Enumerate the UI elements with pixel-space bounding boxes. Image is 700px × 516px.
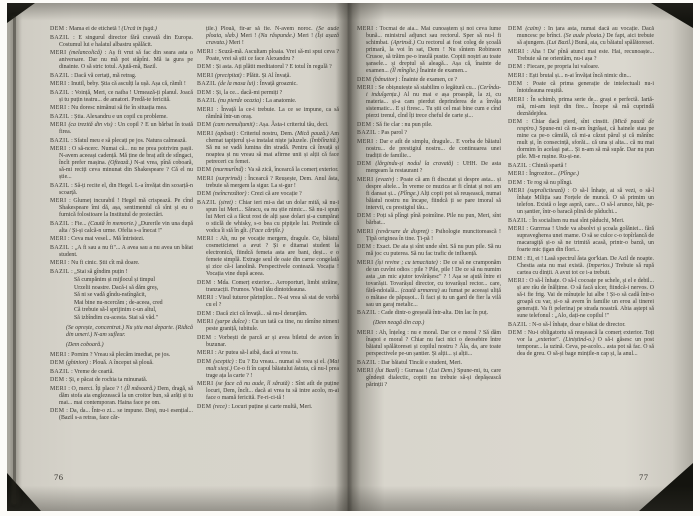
speaker-name: DEM — [197, 359, 211, 365]
speaker-name: DEM — [197, 335, 211, 341]
speaker-name: MERI — [197, 295, 214, 301]
dialogue-line: MERI : Îngrozitor... (Plînge.) — [508, 171, 654, 178]
speaker-name: MERI — [357, 229, 374, 235]
dialogue-line: MERI (lui Bazil) : Gurraaa ! (Lui Dem.) … — [357, 368, 501, 389]
speaker-name: BAZIL — [357, 360, 377, 366]
dialogue-line: DEM : Chiar dacă pierd, sînt cinstit. (M… — [508, 119, 654, 161]
dialogue-line: MERI : Dar e atît de simplu, dragule... … — [357, 139, 501, 160]
speaker-name: DEM — [197, 311, 211, 317]
dialogue-line: MERI : Ești brutal și... n-ai învățat în… — [508, 73, 654, 80]
speaker-name: DEM — [197, 404, 211, 410]
dialogue-line: BAZIL (șiret) : Chiar ieri mi-a dat un d… — [197, 200, 339, 235]
speaker-name: BAZIL — [50, 114, 70, 120]
speaker-name: MERI — [508, 226, 525, 232]
right-page-column-1: MERI : Tocmai de aia... Mai cunoaștem și… — [357, 26, 501, 470]
speaker-name: MERI — [197, 49, 214, 55]
dialogue-line: BAZIL (de la masa lui) : Învață groaznic… — [197, 81, 339, 88]
dialogue-line: DEM : Nu-i obligatoriu să reușească la c… — [508, 330, 654, 358]
book-scan: DEM : Mama ei de etichetă ! (Urcă în fug… — [0, 0, 700, 516]
dialogue-line: MERI : Ceva mai vesel... Mă întristezi. — [50, 236, 193, 243]
stage-direction: (Dem neagă din cap.) — [357, 320, 501, 327]
dialogue-line: MERI : Învață la ce-i trebuie. La ce se … — [197, 107, 339, 121]
dialogue-line: DEM (neîncrezător) : Crezi că are vocați… — [197, 191, 339, 198]
speaker-name: BAZIL — [50, 35, 70, 41]
speaker-name: BAZIL — [50, 245, 70, 251]
speaker-name: BAZIL — [357, 310, 377, 316]
dialogue-line: DEM : Și, la ce... dacă-mi permiți ? — [197, 90, 339, 97]
scanner-corner-artifact — [639, 463, 693, 511]
speaker-name: MERI — [50, 198, 67, 204]
speaker-name: MERI — [197, 107, 214, 113]
speaker-name: MERI — [197, 73, 214, 79]
speaker-name: BAZIL — [50, 183, 70, 189]
dialogue-line: BAZIL (nu pierde ocazia) : La anatomie. — [197, 98, 339, 105]
dialogue-line: DEM (murmurînd) : Va să zică, încearcă l… — [197, 167, 339, 174]
speaker-name: DEM — [508, 26, 522, 32]
speaker-name: BAZIL — [50, 221, 70, 227]
speaker-name: DEM — [357, 122, 371, 128]
verse-line: Să ni se vadă gîndu-nstîngăcit, — [50, 292, 193, 299]
dialogue-line: MERI (surprinsă) : Încearcă ? Reușește, … — [197, 176, 339, 190]
dialogue-line: DEM (calm) : În țara asta, numai dacă au… — [508, 26, 654, 47]
scanner-corner-artifact — [7, 3, 35, 23]
speaker-name: MERI — [197, 319, 214, 325]
dialogue-line: DEM : Să fie clar : nu pun pile. — [357, 122, 501, 129]
speaker-name: DEM — [50, 360, 64, 366]
verse-line: Mai bine nu-ncercăm ; de-aceea, cred — [50, 300, 193, 307]
dialogue-line: BAZIL : N-o să-l înhațe, doar e băiat de… — [508, 322, 654, 329]
verse-line: Să izbîndim cu-acesta. Stai să văd." — [50, 315, 193, 322]
dialogue-line: DEM : Și, e păcat de rochia ta minunată. — [50, 377, 193, 384]
speaker-name: MERI — [50, 386, 67, 392]
dialogue-line: BAZIL : Știa. Alexandru e un copil cu pr… — [50, 114, 193, 121]
speaker-name: MERI — [50, 260, 67, 266]
speaker-name: MERI — [357, 26, 374, 32]
dialogue-line: MERI : În schimb, prima serie de... graș… — [508, 97, 654, 118]
dialogue-line: BAZIL : „Stai să gîndim puțin ! — [50, 269, 193, 276]
speaker-name: DEM — [197, 122, 211, 128]
dialogue-line: MERI : Pornim ? Vreau să plecăm imediat,… — [50, 352, 193, 359]
dialogue-line: MERI : Visul tuturor părinților... N-ai … — [197, 295, 339, 309]
dialogue-line: DEM : Fiecare, pe propria lui valoare. — [508, 64, 654, 71]
dialogue-line: MERI : O să-ncerc. Numai că... nu ne pre… — [50, 146, 193, 181]
speaker-name: MERI — [357, 139, 374, 145]
speaker-name: BAZIL — [197, 81, 217, 87]
dialogue-line: BAZIL : Să-ți recite el, din Hegel. L-a … — [50, 183, 193, 197]
dialogue-line: MERI : Inutil, beby. Știa că asculți la … — [50, 81, 193, 88]
right-page-number: 77 — [639, 472, 649, 482]
speaker-name: BAZIL — [508, 163, 528, 169]
dialogue-line: DEM : Exact. De aia și sînt unde sînt. S… — [357, 244, 501, 258]
left-page-number: 76 — [54, 472, 64, 482]
speaker-name: MERI — [508, 97, 525, 103]
verse-line: Urzelii noastre. Dacă-i să dăm greș, — [50, 285, 193, 292]
speaker-name: MERI — [50, 81, 67, 87]
dialogue-line: țile.) Plouă, fir-ar să fie. N-avem noro… — [197, 26, 339, 47]
speaker-name: BAZIL — [50, 73, 70, 79]
speaker-name: DEM — [357, 244, 371, 250]
dialogue-line: MERI : Ar putea să-l aibă, dacă ai vrea … — [197, 350, 339, 357]
speaker-name: DEM — [508, 180, 522, 186]
speaker-name: MERI — [197, 176, 214, 182]
dialogue-line: DEM : Mda. Comerț exterior... Aeroportur… — [197, 280, 339, 294]
speaker-name: DEM — [508, 119, 522, 125]
speaker-name: MERI — [50, 50, 67, 56]
dialogue-line: DEM : Poate că prima generație de intele… — [508, 81, 654, 95]
dialogue-line: DEM : Poți să plîngi pînă poimîine. Pile… — [357, 213, 501, 227]
dialogue-line: BAZIL : Dar băiatul Tincăi e student, Me… — [357, 360, 501, 367]
speaker-name: DEM — [508, 64, 522, 70]
speaker-name: DEM — [357, 77, 371, 83]
dialogue-line: MERI : Se obișnuiește să stabilim o legă… — [357, 85, 501, 120]
dialogue-line: DEM : Te rog să nu plîngi. — [508, 180, 654, 187]
dialogue-line: DEM (bănuitor) : Înainte de examen, ce ? — [357, 77, 501, 84]
speaker-name: MERI — [50, 105, 67, 111]
right-page-column-2: DEM (calm) : În țara asta, numai dacă au… — [508, 26, 654, 470]
verse-line: Să cumpănim și mijlocul și timpul — [50, 277, 193, 284]
speaker-name: DEM — [508, 330, 522, 336]
speaker-name: DEM — [508, 256, 522, 262]
dialogue-line: BAZIL : Vreme de ceartă. — [50, 369, 193, 376]
dialogue-line: MERI : Gurrrraa ! Unde va absolvi și șco… — [508, 226, 654, 254]
dialogue-line: DEM : Vorbești de parcă ar și avea bilet… — [197, 335, 339, 349]
dialogue-line: DEM : Și asta. Ați plătit meditatorul ? … — [197, 64, 339, 71]
speaker-name: DEM — [197, 280, 211, 286]
dialogue-line: BAZIL : E singurul director fără cravată… — [50, 35, 193, 49]
speaker-name: MERI — [197, 236, 214, 242]
dialogue-line: DEM : Ei, ei ! Lasă spectrul ăsta gor'ki… — [508, 256, 654, 277]
dialogue-line: MERI : Scuză-mă. Ascultam ploaia. Vrei s… — [197, 49, 339, 63]
speaker-name: MERI — [50, 146, 67, 152]
page-stack-edge-shadow — [13, 16, 16, 504]
speaker-name: BAZIL — [50, 138, 70, 144]
dialogue-line: MERI (apăsat) : Criteriul nostru, Dem. (… — [197, 131, 339, 166]
dialogue-line: MERI : Nu doresc nimănui să fie în situa… — [50, 105, 193, 112]
dialogue-line: MERI (melancolică) : Aș fi vrut să fac d… — [50, 50, 193, 71]
speaker-name: BAZIL — [50, 369, 70, 375]
dialogue-line: DEM : Da, da... Într-o zi... se impune. … — [50, 408, 193, 422]
dialogue-line: BAZIL : Chintă spartă ! — [508, 163, 654, 170]
dialogue-line: BAZIL : Fie... (Caută în memorie.) „Dure… — [50, 221, 193, 235]
speaker-name: BAZIL — [197, 200, 217, 206]
dialogue-line: BAZIL : În socialism nu mai sînt păduchi… — [508, 218, 654, 225]
speaker-name: DEM — [197, 167, 211, 173]
dialogue-line: DEM (cam nemulțumit) : Așa. Ăsta-i crite… — [197, 122, 339, 129]
dialogue-line: DEM (ghinion) : Plouă. A început să plou… — [50, 360, 193, 367]
speaker-name: DEM — [50, 408, 64, 414]
left-page-column-2: țile.) Plouă, fir-ar să fie. N-avem noro… — [197, 26, 339, 470]
speaker-name: MERI — [357, 85, 374, 91]
dialogue-line: MERI (supralicitează) : O să-l înhațe, a… — [508, 188, 654, 216]
dialogue-line: DEM (lărgindu-și nodul la cravată) : UHH… — [357, 161, 501, 175]
dialogue-line: MERI (își revine ; cu tenacitate) : De c… — [357, 260, 501, 309]
speaker-name: MERI — [197, 381, 214, 387]
speaker-name: DEM — [50, 377, 64, 383]
verse-line: Că trebuie să-l sprijinim c-un altul, — [50, 307, 193, 314]
speaker-name: DEM — [197, 64, 211, 70]
dialogue-line: MERI (șarpe dulce) : Cu un tată ca tine,… — [197, 319, 339, 333]
speaker-name: MERI — [357, 177, 374, 183]
speaker-name: MERI — [508, 171, 525, 177]
dialogue-line: BAZIL : „A fi sau a nu fi"... A avea sau… — [50, 245, 193, 259]
left-page-column-1: DEM : Mama ei de etichetă ! (Urcă în fug… — [50, 26, 193, 470]
speaker-name: MERI — [357, 330, 374, 336]
speaker-name: BAZIL — [508, 322, 528, 328]
speaker-name: DEM — [197, 90, 211, 96]
dialogue-line: DEM (rece) : Locuri puține și carte mult… — [197, 404, 339, 411]
speaker-name: MERI — [197, 131, 214, 137]
dialogue-line: DEM (sceptic) : Eu ? Eu vreau... numai s… — [197, 359, 339, 380]
dialogue-line: MERI : Glumeț incurabil ! Hegel mă crisp… — [50, 198, 193, 219]
speaker-name: MERI — [357, 368, 374, 374]
speaker-name: MERI — [357, 260, 374, 266]
speaker-name: BAZIL — [50, 269, 70, 275]
stage-direction: (Se oprește, concentrat.) Nu știu mai de… — [50, 325, 193, 339]
dialogue-line: MERI : O, merci. Îți place ? ! (Îl măsoa… — [50, 386, 193, 407]
speaker-name: MERI — [50, 352, 67, 358]
speaker-name: DEM — [357, 213, 371, 219]
scanner-corner-artifact — [651, 3, 693, 28]
dialogue-line: DEM : Mama ei de etichetă ! (Urcă în fug… — [50, 26, 193, 33]
speaker-name: DEM — [50, 26, 64, 32]
dialogue-line: MERI (ca trezită din vis) : Un copil ? E… — [50, 122, 193, 136]
speaker-name: DEM — [508, 81, 522, 87]
speaker-name: DEM — [357, 161, 371, 167]
dialogue-line: BAZIL : Pas parol ? — [357, 130, 501, 137]
dialogue-line: MERI : O să-l înhațe. O să-l cocoațe pe … — [508, 278, 654, 320]
dialogue-line: MERI (se face că nu aude, îl sărută) : S… — [197, 381, 339, 402]
dialogue-line: MERI : Ah, nu pe vocație mergem, dragule… — [197, 236, 339, 278]
speaker-name: BAZIL — [50, 90, 70, 96]
speaker-name: MERI — [197, 350, 214, 356]
dialogue-line: MERI : Aha ! Da' pînă atunci mai este. H… — [508, 49, 654, 63]
speaker-name: BAZIL — [197, 98, 217, 104]
speaker-name: MERI — [50, 122, 67, 128]
speaker-name: MERI — [508, 73, 525, 79]
speaker-name: MERI — [50, 236, 67, 242]
speaker-name: MERI — [508, 188, 525, 194]
speaker-name: DEM — [197, 191, 211, 197]
dialogue-line: DEM : Dacă zici că învață... să nu-l der… — [197, 311, 339, 318]
speaker-name: MERI — [508, 49, 525, 55]
dialogue-line: BAZIL : Dacă vă certați, mă retrag. — [50, 73, 193, 80]
dialogue-line: MERI : Nu fi cinic. Știi cît mă doare. — [50, 260, 193, 267]
speaker-name: BAZIL — [357, 130, 377, 136]
dialogue-line: BAZIL : Voință, Meri, ce naiba ! Urmează… — [50, 90, 193, 104]
dialogue-line: MERI (precipitat) : Plătit. Și Al învață… — [197, 73, 339, 80]
speaker-name: BAZIL — [508, 218, 528, 224]
stage-direction: (Dem coboară.) — [50, 342, 193, 349]
dialogue-line: MERI : Tocmai de aia... Mai cunoaștem și… — [357, 26, 501, 75]
dialogue-line: BAZIL : Sfatul meu e să plecați pe jos. … — [50, 138, 193, 145]
speaker-name: MERI — [508, 278, 525, 284]
dialogue-line: BAZIL : Cade dintr-o greșeală într-alta.… — [357, 310, 501, 317]
dialogue-line: MERI : Ah, înțeleg : nu e moral. Dar ce … — [357, 330, 501, 358]
dialogue-line: MERI (evaziv) : Poate că am fi discutat … — [357, 177, 501, 212]
dialogue-line: MERI (revărsare de dispreț) : Psihologie… — [357, 229, 501, 243]
